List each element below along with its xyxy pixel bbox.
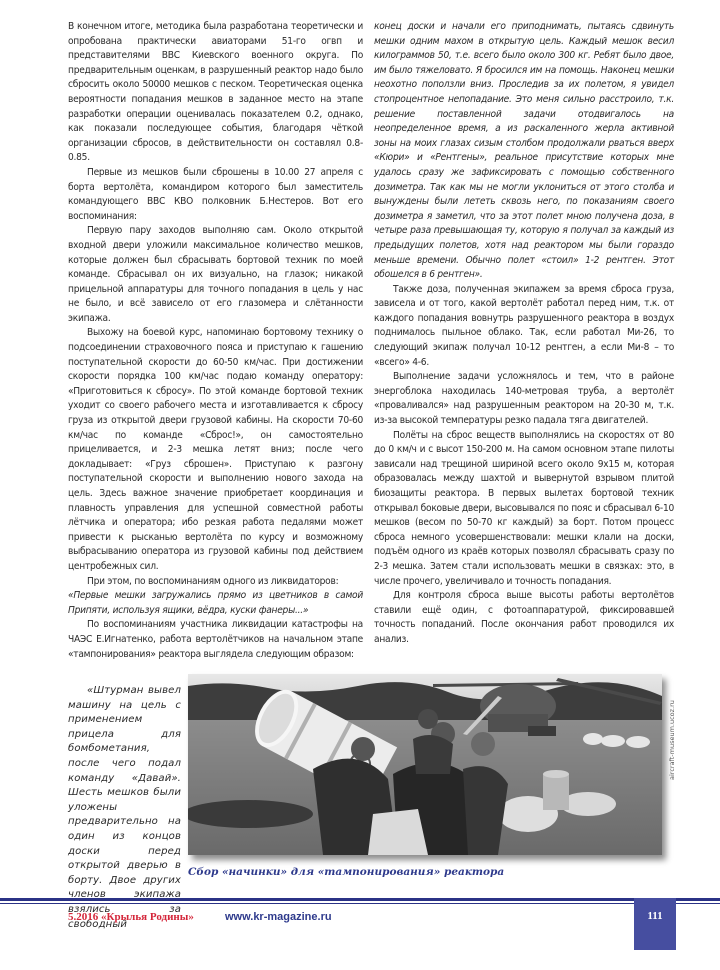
- paragraph: По воспоминаниям участника ликвидации ка…: [68, 618, 363, 662]
- photo-image: [188, 674, 662, 855]
- paragraph: Выполнение задачи усложнялось и тем, что…: [374, 370, 674, 428]
- paragraph: Для контроля сброса выше высоты работы в…: [374, 589, 674, 647]
- quote-paragraph: «Первые мешки загружались прямо из цветн…: [68, 589, 363, 618]
- paragraph: Первые из мешков были сброшены в 10.00 2…: [68, 166, 363, 224]
- article-photo: [188, 674, 662, 855]
- paragraph: Выхожу на боевой курс, напоминаю бортово…: [68, 326, 363, 574]
- footer-rule-thin: [0, 903, 720, 904]
- footer-issue: 5.2016 «Крылья Родины»: [68, 911, 194, 923]
- footer-rule-thick: [0, 898, 720, 901]
- quote-paragraph: «Штурман вывел машину на цель с применен…: [68, 684, 181, 932]
- quote-paragraph: конец доски и начали его приподнимать, п…: [374, 20, 674, 283]
- photo-caption: Сбор «начинки» для «тампонирования» реак…: [188, 866, 504, 878]
- article-left-column: В конечном итоге, методика была разработ…: [68, 20, 363, 662]
- article-right-column: конец доски и начали его приподнимать, п…: [374, 20, 674, 648]
- page-number-box: 111: [634, 898, 676, 950]
- page-number: 111: [634, 910, 676, 922]
- paragraph: Полёты на сброс веществ выполнялись на с…: [374, 429, 674, 590]
- paragraph: В конечном итоге, методика была разработ…: [68, 20, 363, 166]
- paragraph: Первую пару заходов выполняю сам. Около …: [68, 224, 363, 326]
- narrow-quote-column: «Штурман вывел машину на цель с применен…: [68, 684, 181, 932]
- paragraph: При этом, по воспоминаниям одного из лик…: [68, 575, 363, 590]
- footer-url-link[interactable]: www.kr-magazine.ru: [225, 911, 332, 923]
- photo-credit: aircraft-museum.ucoz.ru: [668, 700, 676, 780]
- paragraph: Также доза, полученная экипажем за время…: [374, 283, 674, 371]
